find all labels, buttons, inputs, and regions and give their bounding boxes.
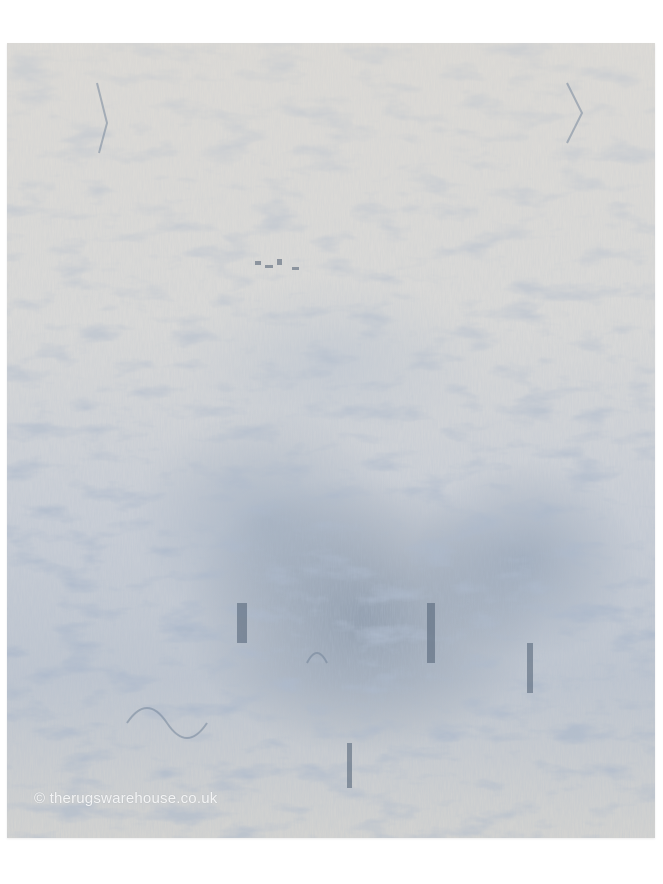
copyright-watermark: © therugswarehouse.co.uk [34,790,217,807]
rug-pattern [7,43,655,838]
rug-image [7,43,655,838]
